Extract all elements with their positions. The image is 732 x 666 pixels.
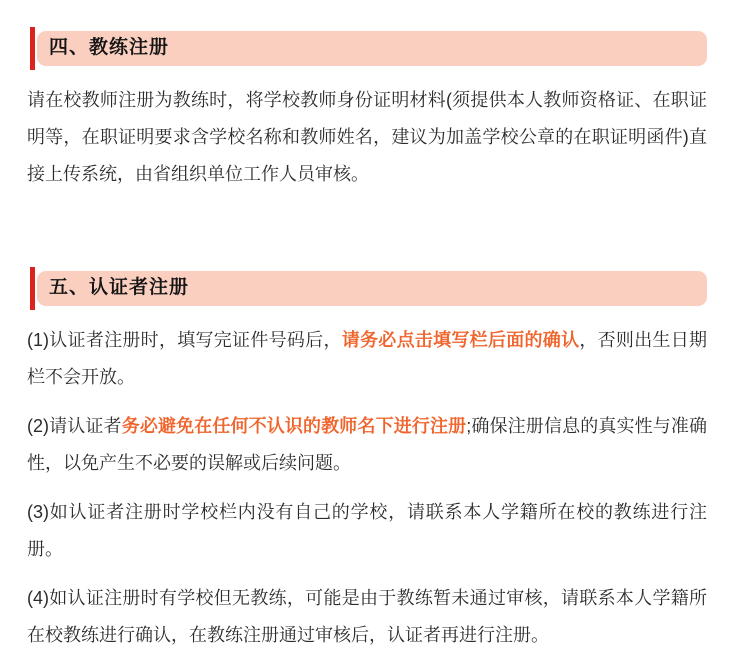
section-title: 四、教练注册	[37, 31, 707, 66]
section-1: 四、教练注册请在校教师注册为教练时，将学校教师身份证明材料(须提供本人教师资格证…	[27, 27, 707, 193]
section-header: 四、教练注册	[27, 27, 707, 70]
paragraph: (3)如认证者注册时学校栏内没有自己的学校，请联系本人学籍所在校的教练进行注册。	[27, 494, 707, 568]
section-body: 请在校教师注册为教练时，将学校教师身份证明材料(须提供本人教师资格证、在职证明等…	[27, 82, 707, 193]
section-header: 五、认证者注册	[27, 267, 707, 310]
text-run: (4)如认证注册时有学校但无教练，可能是由于教练暂未通过审核，请联系本人学籍所在…	[27, 588, 707, 645]
highlight-text: 务必避免在任何不认识的教师名下进行注册	[122, 416, 467, 436]
text-run: (1)认证者注册时，填写完证件号码后，	[27, 330, 342, 350]
section-title: 五、认证者注册	[37, 271, 707, 306]
document-page: 四、教练注册请在校教师注册为教练时，将学校教师身份证明材料(须提供本人教师资格证…	[0, 0, 732, 654]
paragraph: (2)请认证者务必避免在任何不认识的教师名下进行注册;确保注册信息的真实性与准确…	[27, 408, 707, 482]
text-run: (3)如认证者注册时学校栏内没有自己的学校，请联系本人学籍所在校的教练进行注册。	[27, 502, 707, 559]
sections-root: 四、教练注册请在校教师注册为教练时，将学校教师身份证明材料(须提供本人教师资格证…	[27, 27, 707, 654]
paragraph: 请在校教师注册为教练时，将学校教师身份证明材料(须提供本人教师资格证、在职证明等…	[27, 82, 707, 193]
section-accent-bar	[30, 27, 35, 70]
section-2: 五、认证者注册(1)认证者注册时，填写完证件号码后，请务必点击填写栏后面的确认，…	[27, 267, 707, 654]
text-run: (2)请认证者	[27, 416, 122, 436]
paragraph: (1)认证者注册时，填写完证件号码后，请务必点击填写栏后面的确认，否则出生日期栏…	[27, 322, 707, 396]
section-body: (1)认证者注册时，填写完证件号码后，请务必点击填写栏后面的确认，否则出生日期栏…	[27, 322, 707, 654]
section-accent-bar	[30, 267, 35, 310]
text-run: 请在校教师注册为教练时，将学校教师身份证明材料(须提供本人教师资格证、在职证明等…	[27, 90, 707, 184]
highlight-text: 请务必点击填写栏后面的确认	[342, 330, 580, 350]
paragraph: (4)如认证注册时有学校但无教练，可能是由于教练暂未通过审核，请联系本人学籍所在…	[27, 580, 707, 654]
